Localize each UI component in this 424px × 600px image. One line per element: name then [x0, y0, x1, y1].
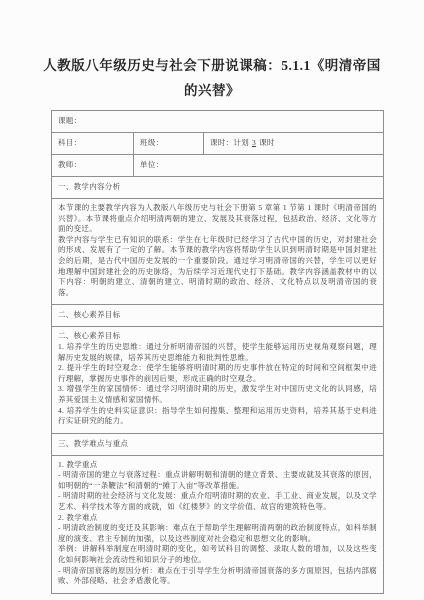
topic-field-label: 课题： [52, 111, 384, 133]
paragraph: 举例：讲解科举制度在明清时期的变化，如考试科目的调整、录取人数的增加，以及这些变… [58, 544, 377, 565]
paragraph: 教学内容与学生已有知识的联系：学生在七年级时已经学习了古代中国的历史，对封建社会… [58, 235, 377, 299]
paragraph: - 明清时期的社会经济与文化发展：重点介绍明清时期的农业、手工业、商业发展，以及… [58, 491, 377, 512]
paragraph: 2. 提升学生的时空观念：使学生能够将明清时期的历史事件放在特定的时间和空间框架… [58, 363, 377, 384]
table-row-teacher-unit: 教师： 单位： [52, 155, 384, 177]
teacher-field-label: 教师： [52, 155, 134, 177]
lesson-plan-table: 课题： 科目： 班级： 课时：计划3课时 教师： 单位： 一、教学内容分析 本节… [51, 110, 384, 594]
document-page: 人教版八年级历史与社会下册说课稿：5.1.1《明清帝国的兴替》 课题： 科目： … [0, 0, 424, 600]
paragraph: - 明清帝国的建立与衰落过程：重点讲解明朝和清朝的建立背景、主要成就及其衰落的原… [58, 470, 377, 491]
section-2-content: 二、核心素养目标 1. 培养学生的历史思维：通过分析明清帝国的兴替，使学生能够运… [52, 327, 384, 433]
section-1-content: 本节课的主要教学内容为人教版八年级历史与社会下册第 5 章第 1 节第 1 课时… [52, 199, 384, 305]
section-2-header: 二、核心素养目标 [52, 305, 384, 327]
paragraph: 2. 教学难点 [58, 513, 377, 524]
table-row-subject-class-period: 科目： 班级： 课时：计划3课时 [52, 133, 384, 155]
paragraph: - 明清政治制度的变迁及其影响：难点在于帮助学生理解明清两朝的政治制度特点，如科… [58, 523, 377, 544]
section-1-content-row: 本节课的主要教学内容为人教版八年级历史与社会下册第 5 章第 1 节第 1 课时… [52, 199, 384, 305]
section-1-header-row: 一、教学内容分析 [52, 177, 384, 199]
paragraph: 1. 教学重点 [58, 460, 377, 471]
class-field-label: 班级： [134, 133, 204, 155]
paragraph: 1. 培养学生的历史思维：通过分析明清帝国的兴替，使学生能够运用历史视角观察问题… [58, 342, 377, 363]
paragraph: 3. 增强学生的家国情怀：通过学习明清时期的历史，激发学生对中国历史文化的认同感… [58, 384, 377, 405]
paragraph: 本节课的主要教学内容为人教版八年级历史与社会下册第 5 章第 1 节第 1 课时… [58, 203, 377, 235]
paragraph: - 明清帝国衰落的原因分析：难点在于引导学生分析明清帝国衰落的多方面原因，包括内… [58, 566, 377, 587]
section-3-header: 三、教学难点与重点 [52, 433, 384, 455]
period-field: 课时：计划3课时 [204, 133, 384, 155]
section-3-content: 1. 教学重点 - 明清帝国的建立与衰落过程：重点讲解明朝和清朝的建立背景、主要… [52, 455, 384, 593]
section-3-header-row: 三、教学难点与重点 [52, 433, 384, 455]
page-title: 人教版八年级历史与社会下册说课稿：5.1.1《明清帝国的兴替》 [0, 0, 424, 103]
section-3-content-row: 1. 教学重点 - 明清帝国的建立与衰落过程：重点讲解明朝和清朝的建立背景、主要… [52, 455, 384, 593]
period-field-suffix: 课时 [259, 138, 275, 147]
paragraph: 二、核心素养目标 [58, 331, 377, 342]
unit-field-label: 单位： [134, 155, 384, 177]
subject-field-label: 科目： [52, 133, 134, 155]
planned-periods-value: 3 [252, 138, 256, 147]
table-row-topic: 课题： [52, 111, 384, 133]
section-2-content-row: 二、核心素养目标 1. 培养学生的历史思维：通过分析明清帝国的兴替，使学生能够运… [52, 327, 384, 433]
section-2-header-row: 二、核心素养目标 [52, 305, 384, 327]
section-1-header: 一、教学内容分析 [52, 177, 384, 199]
period-field-label: 课时：计划 [210, 138, 249, 147]
paragraph: 4. 培养学生的史料实证意识：指导学生如何搜集、整理和运用历史资料，培养其基于史… [58, 406, 377, 427]
